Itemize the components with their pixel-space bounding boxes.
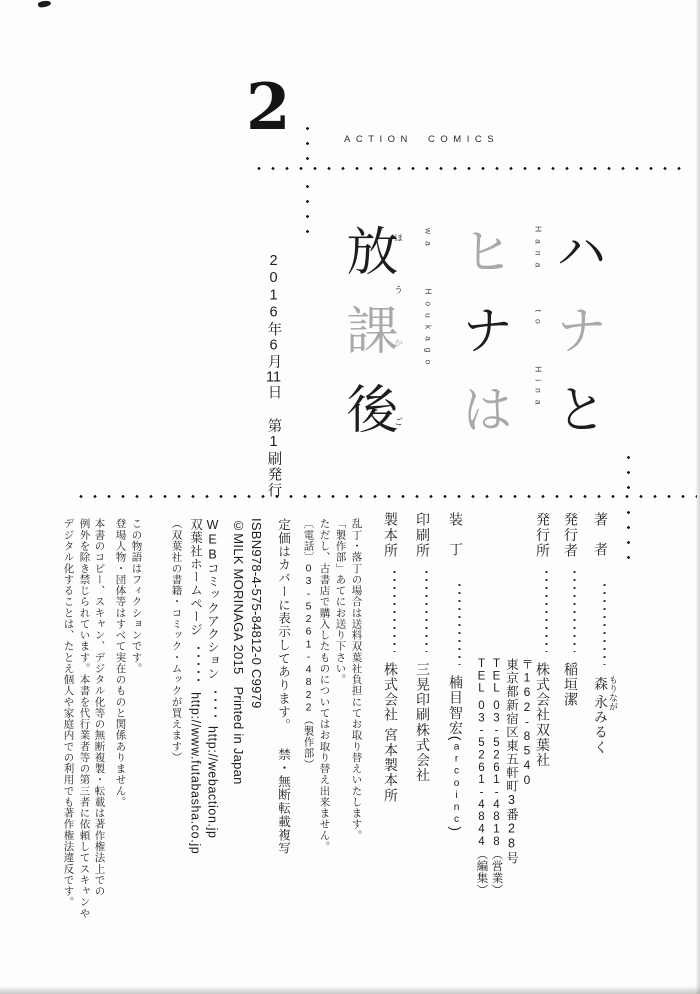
upright-run: 1 (266, 434, 282, 451)
text-run: ただし、古書店で購入したものについてはお取り替え出来ません。 (319, 518, 331, 852)
tel-editorial: TEL03-5261-4844（編集） (475, 658, 487, 896)
title-char-with-furigana: 課か (338, 303, 396, 382)
upright-run: TEL (491, 658, 503, 695)
postal-code: 〒162-8540 (521, 658, 533, 787)
title-char: は (453, 382, 511, 461)
text-run: 年 (266, 322, 282, 338)
text-run: Printed in Japan (231, 687, 246, 785)
text-run: 番 (505, 808, 519, 822)
publisher-person-row: 発行者稲垣潔 (564, 512, 578, 707)
title-romaji-right: Hana to Hina (534, 226, 543, 412)
leader-dots (197, 644, 200, 684)
text-run: 〒 (520, 658, 534, 671)
text-run: 双葉社ホームページ (189, 518, 203, 636)
upright-run: 6 (266, 337, 282, 354)
title-char: ハ (547, 224, 605, 303)
title-col-hana-to: ハナと (550, 224, 602, 461)
leader-dots (573, 568, 576, 652)
upright-run: 03-5261-4822 (303, 563, 315, 715)
volume-number: 2 (246, 76, 291, 140)
title-char-with-furigana: 後ご (338, 382, 396, 461)
text-run: デジタル化することは、たとえ個人や家庭内での利用でも著作権法違反です。 (63, 518, 75, 908)
text-run: http://www.futabasha.co.jp (189, 692, 203, 854)
web-comic-action: WEBコミックアクションhttp://webaction.jp (206, 518, 219, 839)
upright-run: 03-5261-4818 (491, 700, 503, 848)
leader-dots (425, 568, 428, 652)
text-run: 月 (266, 354, 282, 370)
upright-run: 162-8540 (520, 671, 534, 788)
homepage-note: （双葉社の書籍・コミック・ムックが買えます） (171, 518, 182, 763)
dotted-tick-middle-below (627, 505, 630, 565)
copyright: ©MILK MORINAGA 2015Printed in Japan (232, 518, 245, 785)
text-run: みるく (593, 710, 609, 755)
leader-dots (458, 581, 461, 665)
furigana: もりなが (608, 675, 618, 711)
title-char-with-furigana: 放ほう (338, 224, 396, 303)
text-run: ISBN978-4-575-84812-0 C9979 (249, 518, 264, 709)
text-run: この物語はフィクションです。 (131, 518, 143, 674)
copyright-warning-3: デジタル化することは、たとえ個人や家庭内での利用でも著作権法違反です。 (63, 518, 74, 908)
leader-dots (603, 581, 606, 665)
series-label: ACTION COMICS (344, 134, 499, 145)
dotted-tick-top-above (306, 121, 309, 167)
row-label: 発行所 (535, 512, 551, 559)
text-run: 定価はカバーに表示してあります。 (277, 518, 291, 732)
copyright-warning-1: 本書のコピー、スキャン、デジタル化等の無断複製・転載は著作権法上での (94, 518, 105, 896)
text-run: http://webaction.jp (206, 726, 220, 839)
title-char: ナ (453, 303, 511, 382)
scan-edge-right (695, 0, 700, 994)
tel-sales: TEL03-5261-4818（営業） (490, 658, 502, 896)
row-label: 製本所 (383, 512, 399, 559)
scan-edge-bottom (0, 986, 700, 994)
dotted-tick-top-below (306, 179, 309, 239)
defect-notice-phone: 〔電話〕03-5261-4822（製作部） (303, 518, 314, 770)
homepage: 双葉社ホームページhttp://www.futabasha.co.jp (189, 518, 202, 854)
title-char: と (547, 382, 605, 461)
text-run: 号 (505, 852, 519, 866)
text-run: 禁・無断転載複写 (277, 748, 291, 855)
text-run: （営業） (491, 848, 503, 895)
text-run: 登場人物・団体等はすべて実在のものと関係ありません。 (115, 518, 127, 807)
leader-dots (393, 568, 396, 652)
text-run: ©MILK MORINAGA 2015 (231, 518, 246, 675)
row-label: 発行者 (563, 512, 579, 559)
leader-dots (214, 688, 217, 718)
row-label: 装丁 (448, 512, 464, 572)
text-run: （編集） (476, 848, 488, 895)
text-run: 東京都新宿区東五軒町 (505, 658, 519, 793)
upright-run: 28 (505, 822, 519, 852)
defect-notice-3: ただし、古書店で購入したものについてはお取り替え出来ません。 (319, 518, 330, 852)
price-notice: 定価はカバーに表示してあります。禁・無断転載複写 (277, 518, 290, 855)
leader-dots (545, 568, 548, 652)
text-run: （製作部） (303, 714, 315, 770)
row-label: 著者 (593, 512, 609, 572)
upright-run: arcoinc (451, 741, 462, 826)
bindery-row: 製本所株式会社 宮本製本所 (384, 512, 398, 803)
text-run: 楠目智宏 (448, 675, 464, 735)
address: 東京都新宿区東五軒町3番28号 (505, 658, 518, 865)
text-run: 乱丁・落丁の場合は送料双葉社負担にてお取り替えいたします。 (351, 518, 363, 841)
dotted-divider-top (252, 167, 686, 170)
isbn: ISBN978-4-575-84812-0 C9979 (250, 518, 263, 709)
dotted-tick-middle-above (627, 450, 630, 496)
row-label: 印刷所 (415, 512, 431, 559)
upright-run: 3 (505, 793, 519, 808)
name-with-furigana: 森永もりなが (593, 675, 609, 710)
fiction-disclaimer-1: この物語はフィクションです。 (131, 518, 142, 674)
furigana: か (393, 303, 403, 382)
publisher-office-row: 発行所株式会社双葉社 (536, 512, 550, 768)
title-col-hina-wa: ヒナは (456, 224, 508, 461)
text-run: 株式会社双葉社 (535, 662, 551, 768)
text-run: 例外を除き禁じられています。本書を代行業者等の第三者に依頼してスキャンや (79, 518, 91, 919)
text-run: コミックアクション (206, 562, 220, 680)
fiction-disclaimer-2: 登場人物・団体等はすべて実在のものと関係ありません。 (115, 518, 126, 807)
text-run: 三晃印刷株式会社 (415, 662, 431, 783)
colophon-page: 2 ACTION COMICS ハナとヒナは放ほう課か後ご Hana to Hi… (0, 0, 700, 994)
upright-run: 2016 (266, 253, 282, 322)
title-col-houkago: 放ほう課か後ご (341, 224, 403, 461)
text-run: 〔電話〕 (303, 518, 315, 563)
edition-date: 2016年6月11日第1刷発行 (266, 253, 281, 498)
dotted-divider-middle (74, 495, 697, 498)
text-run: 「製作部」あてにお送り下さい。 (335, 518, 347, 685)
text-run: ) (448, 826, 464, 832)
design-row: 装丁楠目智宏(arcoinc) (449, 512, 463, 832)
title-char: ナ (547, 303, 605, 382)
printer-row: 印刷所三晃印刷株式会社 (416, 512, 430, 783)
text-run: 第 (266, 418, 282, 434)
combined-digits: 11 (266, 370, 282, 385)
text-run: 本書のコピー、スキャン、デジタル化等の無断複製・転載は著作権法上での (94, 518, 106, 896)
defect-notice-1: 乱丁・落丁の場合は送料双葉社負担にてお取り替えいたします。 (351, 518, 362, 841)
scan-artifact (38, 0, 52, 8)
text-run: （双葉社の書籍・コミック・ムックが買えます） (171, 518, 183, 763)
upright-run: TEL (476, 658, 488, 695)
title-char: ヒ (453, 224, 511, 303)
furigana: ほう (393, 224, 403, 303)
upright-run: WEB (206, 518, 220, 562)
defect-notice-2: 「製作部」あてにお送り下さい。 (335, 518, 346, 685)
copyright-warning-2: 例外を除き禁じられています。本書を代行業者等の第三者に依頼してスキャンや (79, 518, 90, 919)
text-run: 株式会社 宮本製本所 (383, 662, 399, 803)
text-run: 刷発行 (266, 451, 282, 498)
text-run: 稲垣潔 (563, 662, 579, 707)
author-row: 著者森永もりながみるく (594, 512, 618, 755)
furigana: ご (393, 382, 403, 461)
text-run: 日 (266, 385, 282, 401)
upright-run: 03-5261-4844 (476, 700, 488, 848)
title-romaji-left: wa Houkago (424, 228, 433, 371)
